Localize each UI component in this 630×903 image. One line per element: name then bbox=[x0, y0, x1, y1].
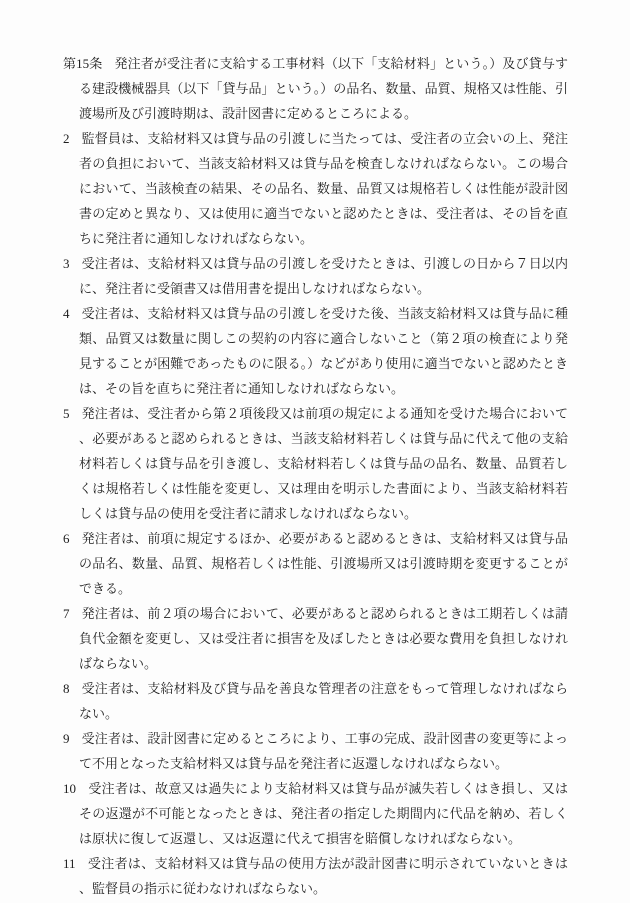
paragraph-text: 発注者が受注者に支給する工事材料（以下「支給材料」という。）及び貸与する建設機械… bbox=[79, 56, 568, 121]
paragraph-number: 第15条 bbox=[63, 56, 102, 71]
article-paragraph: 8受注者は、支給材料及び貸与品を善良な管理者の注意をもって管理しなければならない… bbox=[63, 676, 568, 726]
paragraph-text: 発注者は、前２項の場合において、必要があると認められるときは工期若しくは請負代金… bbox=[79, 606, 568, 671]
paragraph-number: 7 bbox=[63, 606, 70, 621]
paragraph-text: 受注者は、故意又は過失により支給材料又は貸与品が滅失若しくはき損し、又はその返還… bbox=[79, 781, 568, 846]
paragraph-number: 4 bbox=[63, 306, 70, 321]
paragraph-number: 11 bbox=[63, 856, 76, 871]
article-paragraph-list: 第15条発注者が受注者に支給する工事材料（以下「支給材料」という。）及び貸与する… bbox=[63, 51, 568, 901]
paragraph-text: 監督員は、支給材料又は貸与品の引渡しに当たっては、受注者の立会いの上、発注者の負… bbox=[79, 131, 568, 246]
paragraph-number: 2 bbox=[63, 131, 70, 146]
paragraph-text: 受注者は、支給材料又は貸与品の引渡しを受けたときは、引渡しの日から７日以内に、発… bbox=[79, 256, 568, 296]
article-paragraph: 10受注者は、故意又は過失により支給材料又は貸与品が滅失若しくはき損し、又はその… bbox=[63, 776, 568, 851]
paragraph-number: 9 bbox=[63, 731, 70, 746]
article-paragraph: 7発注者は、前２項の場合において、必要があると認められるときは工期若しくは請負代… bbox=[63, 601, 568, 676]
paragraph-text: 受注者は、支給材料又は貸与品の使用方法が設計図書に明示されていないときは、監督員… bbox=[79, 856, 568, 896]
article-paragraph: 4受注者は、支給材料又は貸与品の引渡しを受けた後、当該支給材料又は貸与品に種類、… bbox=[63, 301, 568, 401]
article-paragraph: 6発注者は、前項に規定するほか、必要があると認めるときは、支給材料又は貸与品の品… bbox=[63, 526, 568, 601]
article-paragraph: 3受注者は、支給材料又は貸与品の引渡しを受けたときは、引渡しの日から７日以内に、… bbox=[63, 251, 568, 301]
paragraph-text: 受注者は、支給材料及び貸与品を善良な管理者の注意をもって管理しなければならない。 bbox=[79, 681, 568, 721]
paragraph-text: 発注者は、受注者から第２項後段又は前項の規定による通知を受けた場合において、必要… bbox=[79, 406, 568, 521]
paragraph-number: 6 bbox=[63, 531, 70, 546]
article-paragraph: 2監督員は、支給材料又は貸与品の引渡しに当たっては、受注者の立会いの上、発注者の… bbox=[63, 126, 568, 251]
article-paragraph: 9受注者は、設計図書に定めるところにより、工事の完成、設計図書の変更等によって不… bbox=[63, 726, 568, 776]
paragraph-text: 受注者は、支給材料又は貸与品の引渡しを受けた後、当該支給材料又は貸与品に種類、品… bbox=[79, 306, 568, 396]
paragraph-number: 3 bbox=[63, 256, 70, 271]
article-paragraph: 11受注者は、支給材料又は貸与品の使用方法が設計図書に明示されていないときは、監… bbox=[63, 851, 568, 901]
contract-document-page: 第15条発注者が受注者に支給する工事材料（以下「支給材料」という。）及び貸与する… bbox=[0, 0, 630, 903]
paragraph-text: 受注者は、設計図書に定めるところにより、工事の完成、設計図書の変更等によって不用… bbox=[79, 731, 568, 771]
paragraph-number: 10 bbox=[63, 781, 76, 796]
paragraph-number: 5 bbox=[63, 406, 70, 421]
paragraph-text: 発注者は、前項に規定するほか、必要があると認めるときは、支給材料又は貸与品の品名… bbox=[79, 531, 568, 596]
article-paragraph: 5発注者は、受注者から第２項後段又は前項の規定による通知を受けた場合において、必… bbox=[63, 401, 568, 526]
paragraph-number: 8 bbox=[63, 681, 70, 696]
article-paragraph: 第15条発注者が受注者に支給する工事材料（以下「支給材料」という。）及び貸与する… bbox=[63, 51, 568, 126]
